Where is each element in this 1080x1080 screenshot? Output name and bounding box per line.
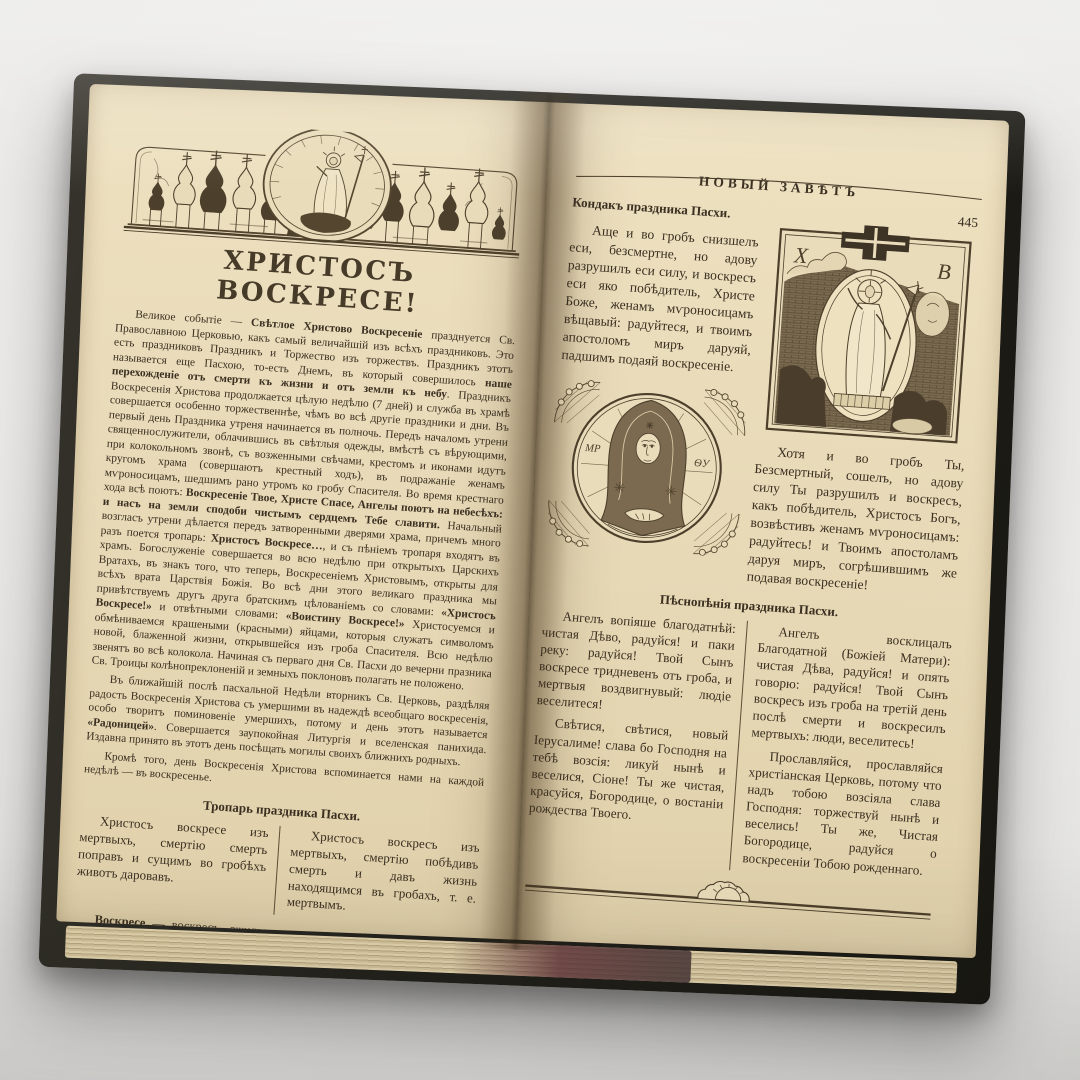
upper-section: Кондакъ праздника Пасхи. Аще и во гробъ … [546, 186, 983, 600]
resurrection-corner-letter-right: В [937, 259, 952, 285]
resurrection-of-christ-engraving-image: Х В [761, 219, 976, 451]
church-domes-header-engraving-image [122, 117, 529, 261]
left-page-content: ХРИСТОСЪ ВОСКРЕСЕ! Великое событіе — Свѣ… [56, 84, 549, 940]
kontakion-heading: Кондакъ праздника Пасхи. [572, 194, 761, 223]
troparion-slavonic-text: Христосъ воскресе изъ мертвыхъ, смертію … [76, 812, 269, 893]
open-book: ХРИСТОСЪ ВОСКРЕСЕ! Великое событіе — Свѣ… [38, 73, 1025, 1004]
right-page-content: НОВЫЙ ЗАВѢТЪ Кондакъ праздника Пасхи. Ащ… [516, 102, 1008, 958]
kontakion-column: Кондакъ праздника Пасхи. Аще и во гробъ … [546, 186, 762, 584]
page-spread: ХРИСТОСЪ ВОСКРЕСЕ! Великое событіе — Свѣ… [56, 84, 1009, 958]
hymns-slavonic-column: Ангелъ вопіяше благодатнѣй: чистая Дѣво,… [526, 606, 747, 870]
photo-background: ХРИСТОСЪ ВОСКРЕСЕ! Великое событіе — Свѣ… [0, 0, 1080, 1080]
feast-description-paragraph-1: Великое событіе — Свѣтлое Христово Воскр… [91, 307, 515, 696]
right-page: НОВЫЙ ЗАВѢТЪ Кондакъ праздника Пасхи. Ащ… [516, 102, 1009, 958]
hymn-translation-1: Ангелъ восклицалъ Благодатной (Божіей Ма… [751, 621, 953, 755]
resurrection-column: 445 [746, 201, 982, 600]
risen-christ-oval-medallion [260, 125, 395, 246]
kontakion-slavonic-text: Аще и во гробъ снизшелъ еси, безсмертне,… [561, 220, 759, 377]
troparion-translation-text: Христосъ воскресъ изъ мертвыхъ, смертію … [286, 827, 480, 924]
hymns-columns: Ангелъ вопіяше благодатнѣй: чистая Дѣво,… [526, 606, 953, 885]
troparion-translation-column: Христосъ воскресъ изъ мертвыхъ, смертію … [273, 826, 480, 929]
kontakion-translation-text: Хотя и во гробъ Ты, Безсмертный, сошелъ,… [746, 442, 965, 600]
theotokos-medallion-engraving-image: МР ѲУ [544, 377, 750, 558]
troparion-slavonic-column: Христосъ воскресе изъ мертвыхъ, смертію … [75, 812, 279, 915]
text-segment: . Праздникъ Воскресенія Христова продолж… [103, 380, 511, 507]
hymn-translation-2: Прославляйся, прославляйся христіанская … [742, 746, 944, 880]
hymns-translation-column: Ангелъ восклицалъ Благодатной (Божіей Ма… [729, 620, 953, 884]
theotokos-monogram-right: ѲУ [694, 457, 712, 470]
theotokos-monogram-left: МР [584, 442, 602, 455]
hymn-slavonic-1: Ангелъ вопіяше благодатнѣй: чистая Дѣво,… [536, 606, 736, 723]
hymn-slavonic-2: Свѣтися, свѣтися, новый Іерусалиме! слав… [528, 713, 728, 830]
left-page: ХРИСТОСЪ ВОСКРЕСЕ! Великое событіе — Свѣ… [56, 84, 549, 940]
troparion-columns: Христосъ воскресе изъ мертвыхъ, смертію … [75, 812, 480, 929]
